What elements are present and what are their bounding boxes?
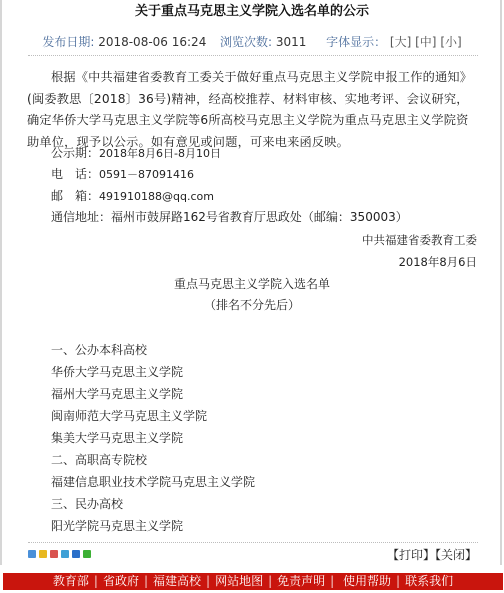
signature: 中共福建省委教育工委 [362,232,477,248]
info-email: 邮 箱：491910188@qq.com [51,188,214,205]
fontsize-large-button[interactable]: [大] [390,35,411,49]
share-favorite-icon[interactable] [39,550,47,558]
list-subtitle: （排名不分先后） [0,297,504,313]
intro-paragraph: 根据《中共福建省委教育工委关于做好重点马克思主义学院申报工作的通知》(闽委教思〔… [27,67,479,153]
info-label: 通信地址： [51,210,111,224]
footer-link-sitemap[interactable]: 网站地图 [215,574,263,588]
divider-top [28,55,478,56]
info-label: 电 话： [51,167,99,181]
views-count: 3011 [276,35,307,49]
list-item: 福建信息职业技术学院马克思主义学院 [51,474,255,490]
footer-divider: | [325,574,343,588]
article-body: 根据《中共福建省委教育工委关于做好重点马克思主义学院申报工作的通知》(闽委教思〔… [27,67,479,153]
footer-link-disclaimer[interactable]: 免责声明 [277,574,325,588]
footer-divider: | [201,574,215,588]
share-tencent-icon[interactable] [61,550,69,558]
print-button[interactable]: 【打印】 [387,548,435,562]
info-value: 0591－87091416 [99,168,194,181]
list-item: 一、公办本科高校 [51,342,147,358]
list-item: 华侨大学马克思主义学院 [51,364,183,380]
info-value: 491910188@qq.com [99,190,214,203]
info-phone: 电 话：0591－87091416 [51,166,194,183]
info-address: 通信地址：福州市鼓屏路162号省教育厅思政处（邮编：350003） [51,209,408,225]
footer-divider: | [89,574,103,588]
info-label: 邮 箱： [51,189,99,203]
list-item: 三、民办高校 [51,496,123,512]
share-wechat-icon[interactable] [83,550,91,558]
sign-date: 2018年8月6日 [399,254,477,270]
fontsize-small-button[interactable]: [小] [440,35,461,49]
article-actions: 【打印】【关闭】 [387,547,477,563]
list-item: 闽南师范大学马克思主义学院 [51,408,207,424]
article-title: 关于重点马克思主义学院入选名单的公示 [0,3,504,21]
footer-divider: | [391,574,405,588]
share-qzone-icon[interactable] [28,550,36,558]
footer-link-moe[interactable]: 教育部 [53,574,89,588]
divider-bottom [28,542,478,543]
footer-nav: 教育部|省政府|福建高校|网站地图|免责声明| 使用帮助|联系我们 [3,573,503,590]
close-button[interactable]: 【关闭】 [435,548,477,562]
publish-date: 2018-08-06 16:24 [98,35,206,49]
footer-divider: | [139,574,153,588]
footer-link-province[interactable]: 省政府 [103,574,139,588]
list-item: 福州大学马克思主义学院 [51,386,183,402]
footer-divider: | [263,574,277,588]
publish-date-label: 发布日期: [42,35,94,49]
footer-link-universities[interactable]: 福建高校 [153,574,201,588]
list-title: 重点马克思主义学院入选名单 [0,276,504,292]
views-label: 浏览次数: [220,35,272,49]
fontsize-medium-button[interactable]: [中] [415,35,436,49]
list-item: 二、高职高专院校 [51,452,147,468]
info-value: 2018年8月6日-8月10日 [99,147,221,160]
info-period: 公示期：2018年8月6日-8月10日 [51,145,221,162]
share-bar [28,550,91,558]
share-weibo-icon[interactable] [50,550,58,558]
list-item: 集美大学马克思主义学院 [51,430,183,446]
fontsize-label: 字体显示： [326,35,386,49]
share-renren-icon[interactable] [72,550,80,558]
article-meta: 发布日期: 2018-08-06 16:24 浏览次数: 3011 字体显示： … [0,33,504,51]
footer-link-help[interactable]: 使用帮助 [343,574,391,588]
footer-link-contact[interactable]: 联系我们 [405,574,453,588]
info-value: 福州市鼓屏路162号省教育厅思政处（邮编：350003） [111,210,408,224]
info-label: 公示期： [51,146,99,160]
list-item: 阳光学院马克思主义学院 [51,518,183,534]
